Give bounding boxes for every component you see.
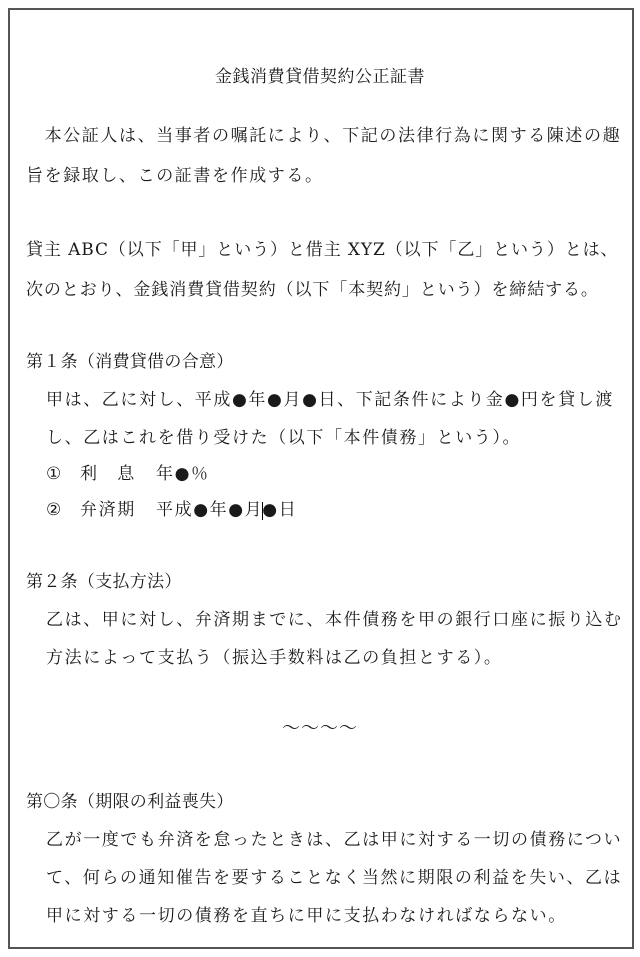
article-1-heading: 第１条（消費貸借の合意）	[26, 352, 234, 372]
article-n-heading: 第〇条（期限の利益喪失）	[26, 792, 234, 812]
item-value-day: ●日	[262, 500, 297, 520]
article-1-item-interest: ①利 息年●％	[46, 464, 210, 484]
document-title: 金銭消費貸借契約公正証書	[0, 62, 640, 87]
article-1-item-due-date: ②弁済期平成●年●月●日	[46, 500, 297, 520]
item-number: ①	[46, 464, 80, 484]
article-2-body-line-1: 乙は、甲に対し、弁済期までに、本件債務を甲の銀行口座に振り込む	[46, 610, 623, 630]
item-value: 年●％	[156, 464, 210, 484]
article-1-body-line-2: し、乙はこれを借り受けた（以下「本件債務」という）。	[46, 428, 521, 448]
intro-line-2: 次のとおり、金銭消費貸借契約（以下「本契約」という）を締結する。	[26, 280, 599, 300]
preamble-line-2: 旨を録取し、この証書を作成する。	[26, 166, 324, 186]
item-label: 利 息	[80, 464, 156, 484]
article-2-body-line-2: 方法によって支払う（振込手数料は乙の負担とする）。	[46, 648, 503, 668]
article-1-body-line-1: 甲は、乙に対し、平成●年●月●日、下記条件により金●円を貸し渡	[46, 390, 614, 410]
article-n-body-line-2: て、何らの通知催告を要することなく当然に期限の利益を失い、乙は	[46, 868, 622, 888]
preamble-line-1: 本公証人は、当事者の嘱託により、下記の法律行為に関する陳述の趣	[26, 126, 621, 146]
item-label: 弁済期	[80, 500, 156, 520]
article-n-body-line-3: 甲に対する一切の債務を直ちに甲に支払わなければならない。	[46, 906, 567, 926]
item-number: ②	[46, 500, 80, 520]
article-2-heading: 第２条（支払方法）	[26, 572, 182, 592]
omission-mark: 〜〜〜〜	[0, 714, 640, 740]
intro-line-1: 貸主 ABC（以下「甲」という）と借主 XYZ（以下「乙」という）とは、	[26, 240, 618, 260]
item-value: 平成●年●月	[156, 500, 263, 520]
article-n-body-line-1: 乙が一度でも弁済を怠ったときは、乙は甲に対する一切の債務につい	[46, 830, 622, 850]
